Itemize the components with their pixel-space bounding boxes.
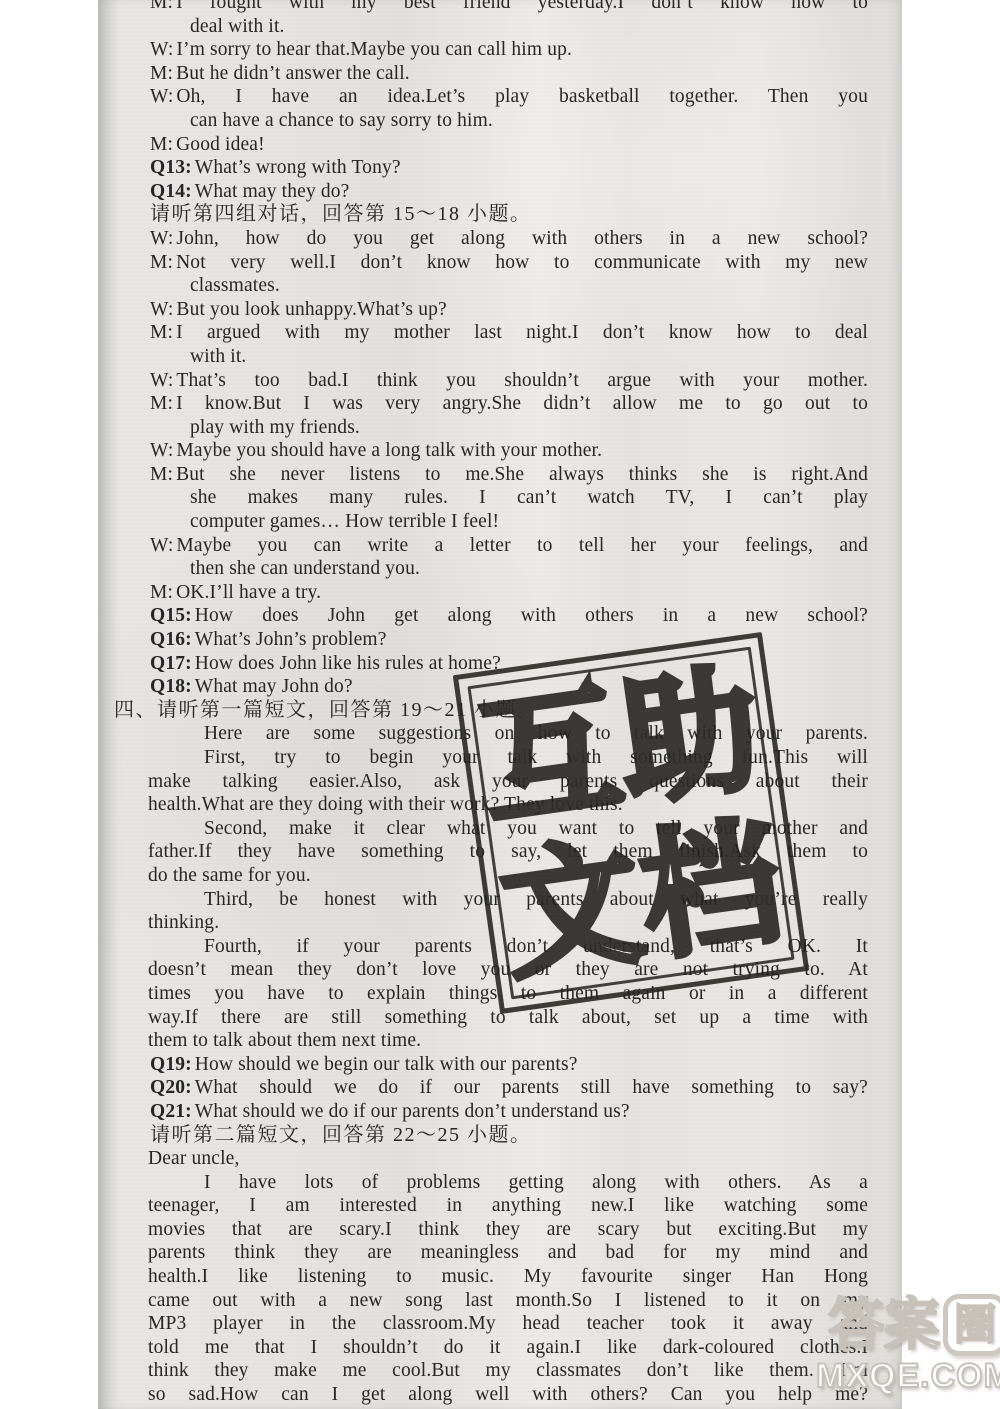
transcript-line: Q20:What should we do if our parents sti… bbox=[98, 1076, 868, 1100]
huzhu-wendang-stamp: 互 助 文 档 bbox=[453, 632, 810, 1014]
transcript-line: W:I’m sorry to hear that.Maybe you can c… bbox=[98, 38, 868, 62]
transcript-line: W:Maybe you should have a long talk with… bbox=[98, 439, 868, 463]
transcript-line: W:But you look unhappy.What’s up? bbox=[98, 298, 868, 322]
transcript-line: 请听第二篇短文，回答第 22～25 小题。 bbox=[98, 1124, 868, 1148]
transcript-line: teenager, I am interested in anything ne… bbox=[98, 1194, 868, 1218]
transcript-line: 请听第四组对话，回答第 15～18 小题。 bbox=[98, 203, 868, 227]
speaker-label: W: bbox=[150, 535, 173, 556]
stamp-char: 互 bbox=[473, 678, 629, 834]
transcript-line: W:That’s too bad.I think you shouldn’t a… bbox=[98, 369, 868, 393]
transcript-line: with it. bbox=[98, 345, 868, 369]
transcript-line: parents think they are meaningless and b… bbox=[98, 1241, 868, 1265]
transcript-line: way.If there are still something to talk… bbox=[98, 1006, 868, 1030]
transcript-line: M:I know.But I was very angry.She didn’t… bbox=[98, 392, 868, 416]
speaker-label: W: bbox=[150, 370, 173, 391]
speaker-label: M: bbox=[150, 0, 173, 13]
speaker-label: Q20: bbox=[150, 1077, 192, 1098]
transcript-line: can have a chance to say sorry to him. bbox=[98, 109, 868, 133]
speaker-label: Q17: bbox=[150, 653, 192, 674]
transcript-line: computer games… How terrible I feel! bbox=[98, 510, 868, 534]
speaker-label: W: bbox=[150, 228, 173, 249]
speaker-label: Q13: bbox=[150, 157, 192, 178]
transcript-line: I have lots of problems getting along wi… bbox=[98, 1171, 868, 1195]
watermark-site-url: MXQE.COM bbox=[816, 1359, 1000, 1393]
speaker-label: Q14: bbox=[150, 181, 192, 202]
transcript-line: came out with a new song last month.So I… bbox=[98, 1289, 868, 1313]
transcript-line: told me that I shouldn’t do it again.I l… bbox=[98, 1336, 868, 1360]
answer-circle-watermark: 答案 圈 MXQE.COM bbox=[828, 1294, 1000, 1393]
transcript-line: think they make me cool.But my classmate… bbox=[98, 1359, 868, 1383]
transcript-line: M:I fought with my best friend yesterday… bbox=[98, 0, 868, 15]
stamp-char: 文 bbox=[495, 832, 651, 988]
watermark-brand-text: 答案 bbox=[828, 1297, 940, 1353]
speaker-label: M: bbox=[150, 393, 173, 414]
watermark-brand-boxed-char: 圈 bbox=[943, 1294, 1000, 1356]
speaker-label: M: bbox=[150, 134, 173, 155]
transcript-line: Q19:How should we begin our talk with ou… bbox=[98, 1053, 868, 1077]
speaker-label: M: bbox=[150, 322, 173, 343]
speaker-label: W: bbox=[150, 440, 173, 461]
transcript-line: W:John, how do you get along with others… bbox=[98, 227, 868, 251]
speaker-label: W: bbox=[150, 299, 173, 320]
transcript-line: them to talk about them next time. bbox=[98, 1029, 868, 1053]
scanned-document: { "page": { "paper_color": "#e6e4e0", "t… bbox=[0, 0, 1000, 1409]
speaker-label: Q21: bbox=[150, 1101, 192, 1122]
transcript-line: MP3 player in the classroom.My head teac… bbox=[98, 1312, 868, 1336]
transcript-line: so sad.How can I get along well with oth… bbox=[98, 1383, 868, 1407]
transcript-line: M:OK.I’ll have a try. bbox=[98, 581, 868, 605]
transcript-line: M:But he didn’t answer the call. bbox=[98, 62, 868, 86]
speaker-label: Q18: bbox=[150, 676, 192, 697]
transcript-line: M:I argued with my mother last night.I d… bbox=[98, 321, 868, 345]
stamp-char: 档 bbox=[633, 812, 789, 968]
speaker-label: M: bbox=[150, 252, 173, 273]
transcript-line: Q13:What’s wrong with Tony? bbox=[98, 156, 868, 180]
transcript-line: times you have to explain things to them… bbox=[98, 982, 868, 1006]
transcript-line: Q14:What may they do? bbox=[98, 180, 868, 204]
transcript-line: then she can understand you. bbox=[98, 557, 868, 581]
speaker-label: M: bbox=[150, 582, 173, 603]
stamp-inner-border: 互 助 文 档 bbox=[467, 647, 794, 1000]
speaker-label: W: bbox=[150, 39, 173, 60]
transcript-line: Q21:What should we do if our parents don… bbox=[98, 1100, 868, 1124]
transcript-line: health.I like listening to music. My fav… bbox=[98, 1265, 868, 1289]
transcript-line: deal with it. bbox=[98, 15, 868, 39]
watermark-brand: 答案 圈 bbox=[828, 1294, 1000, 1356]
transcript-line: she makes many rules. I can’t watch TV, … bbox=[98, 486, 868, 510]
speaker-label: W: bbox=[150, 86, 173, 107]
speaker-label: Q16: bbox=[150, 629, 192, 650]
transcript-line: movies that are scary.I think they are s… bbox=[98, 1218, 868, 1242]
stamp-char: 助 bbox=[612, 659, 768, 815]
transcript-line: Q15:How does John get along with others … bbox=[98, 604, 868, 628]
transcript-line: M:Not very well.I don’t know how to comm… bbox=[98, 251, 868, 275]
transcript-line: Dear uncle, bbox=[98, 1147, 868, 1171]
speaker-label: Q19: bbox=[150, 1054, 192, 1075]
transcript-line: M:Good idea! bbox=[98, 133, 868, 157]
speaker-label: M: bbox=[150, 464, 173, 485]
speaker-label: M: bbox=[150, 63, 173, 84]
transcript-line: classmates. bbox=[98, 274, 868, 298]
transcript-line: M:But she never listens to me.She always… bbox=[98, 463, 868, 487]
transcript-line: play with my friends. bbox=[98, 416, 868, 440]
transcript-line: W:Oh, I have an idea.Let’s play basketba… bbox=[98, 85, 868, 109]
transcript-line: W:Maybe you can write a letter to tell h… bbox=[98, 534, 868, 558]
speaker-label: Q15: bbox=[150, 605, 192, 626]
